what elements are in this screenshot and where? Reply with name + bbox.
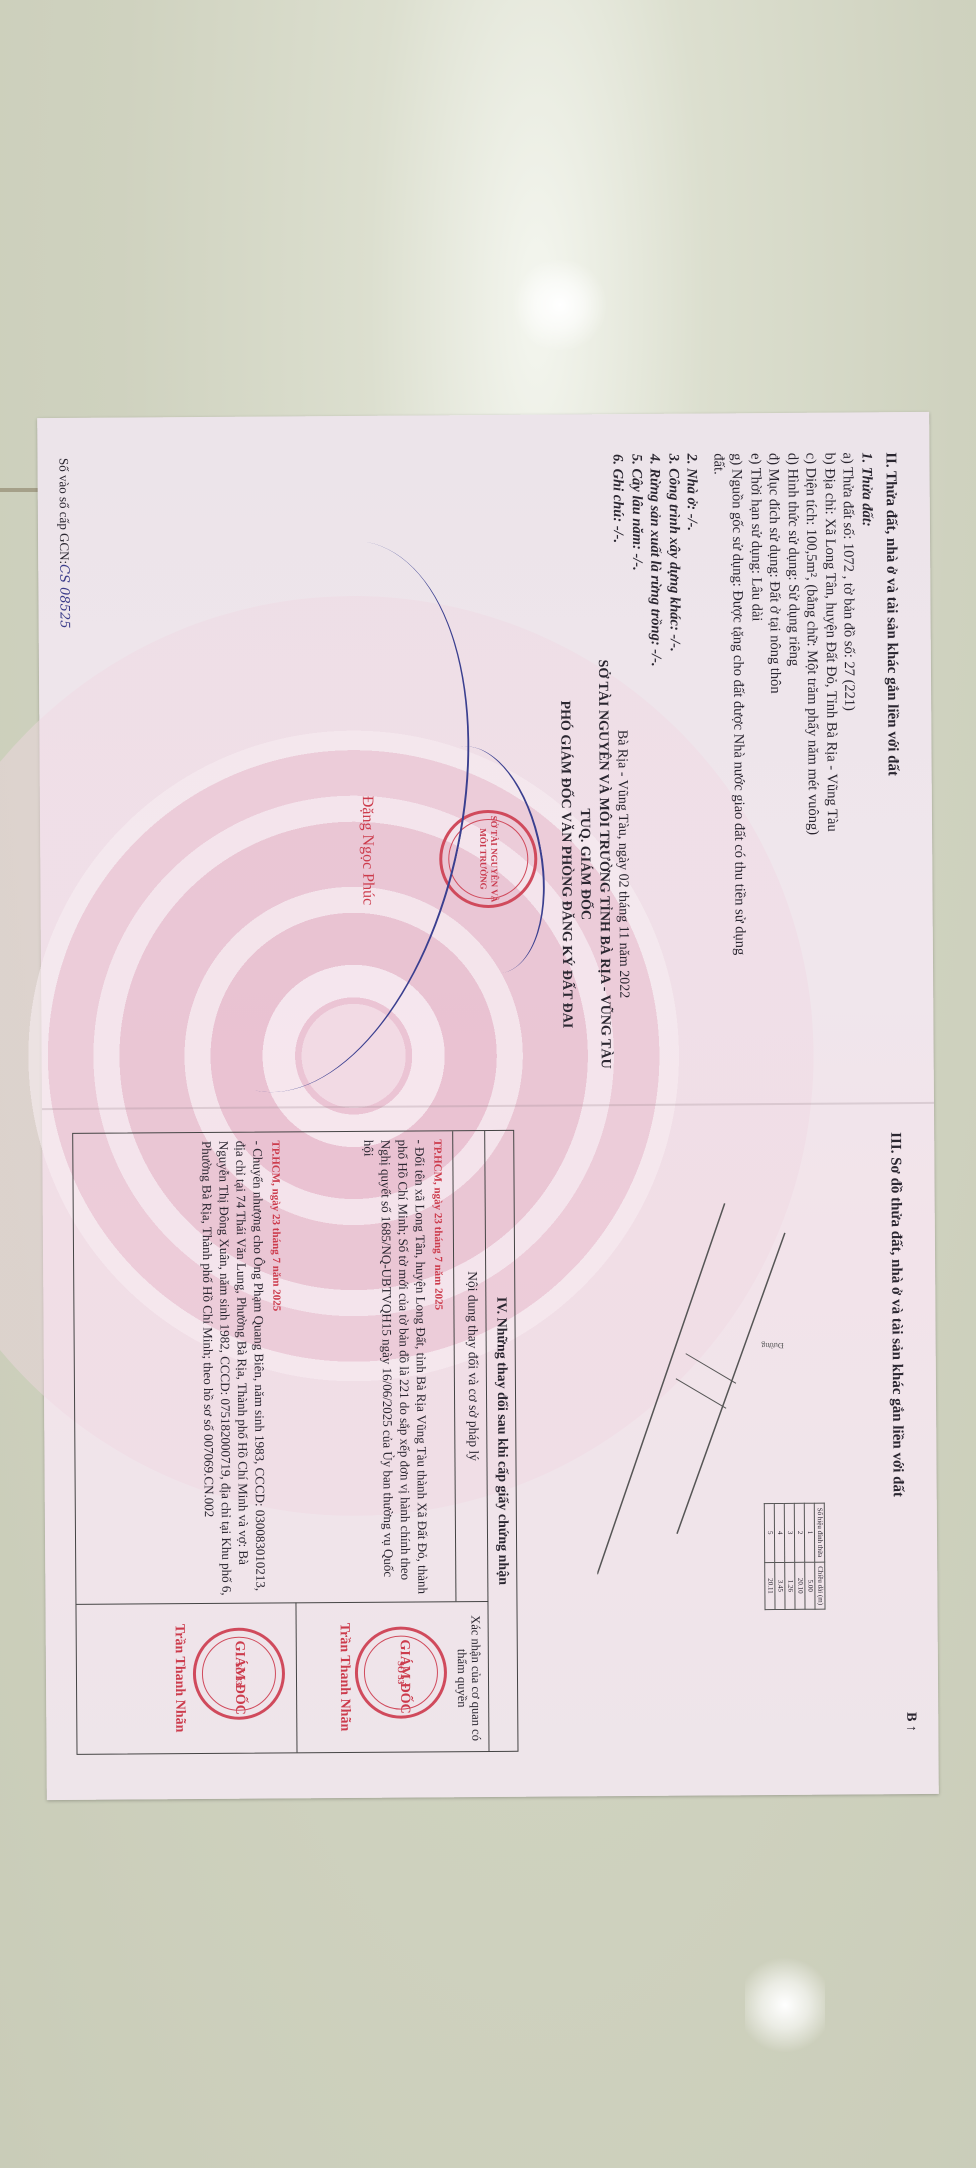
change-entry: TP.HCM, ngày 23 tháng 7 năm 2025 - Đổi t…: [360, 1139, 448, 1596]
changes-table: IV. Những thay đổi sau khi cấp giấy chứn…: [72, 1130, 518, 1755]
officer-title: GIÁM ĐỐC: [395, 1607, 412, 1747]
item-house: 2. Nhà ở: -/-.: [682, 453, 704, 955]
land-line: e) Thời hạn sử dụng: Lâu dài: [746, 453, 768, 955]
section-2-title: II. Thửa đất, nhà ở và tài sản khác gắn …: [880, 452, 901, 776]
registration-number: Số vào sổ cấp GCN:CS 08525: [55, 458, 72, 629]
col-confirmation-header: Xác nhận của cơ quan có thẩm quyền: [455, 1609, 484, 1747]
officer-title: GIÁM ĐỐC: [230, 1608, 247, 1748]
section-3-title: III. Sơ đồ thửa đất, nhà ở và tài sản kh…: [885, 1132, 907, 1497]
land-line: d) Hình thức sử dụng: Sử dụng riêng: [783, 453, 805, 955]
signer-name: Đặng Ngọc Phúc: [358, 796, 378, 905]
issuer-signature-block: Bà Rịa - Vũng Tàu, ngày 02 tháng 11 năm …: [555, 654, 634, 1075]
light-reflection: [510, 260, 610, 350]
svg-text:Đường: Đường: [761, 1341, 783, 1350]
change-entry: TP.HCM, ngày 23 tháng 7 năm 2025 - Chuyể…: [198, 1140, 286, 1597]
land-details: 1. Thửa đất: a) Thửa đất số: 1072 , tờ b…: [608, 452, 878, 956]
light-reflection: [745, 1950, 825, 2060]
land-line: b) Địa chỉ: Xã Long Tân, huyện Đất Đỏ, T…: [820, 453, 842, 955]
north-arrow-icon: B ↑: [902, 1712, 918, 1732]
col-changes-header: Nội dung thay đổi và cơ sở pháp lý: [463, 1131, 482, 1601]
boundary-length-table: Số hiệu đỉnh thửaChiều dài (m) 15.00 220…: [764, 1503, 826, 1611]
section-4-title: IV. Những thay đổi sau khi cấp giấy chứn…: [491, 1131, 511, 1751]
land-line: a) Thửa đất số: 1072 , tờ bản đồ số: 27 …: [838, 452, 860, 954]
signer-position: PHÓ GIÁM ĐỐC VĂN PHÒNG ĐĂNG KÝ ĐẤT ĐAI: [555, 654, 577, 1074]
issuing-agency: SỞ TÀI NGUYÊN VÀ MÔI TRƯỜNG TỈNH BÀ RỊA …: [593, 654, 615, 1074]
land-use-certificate: II. Thửa đất, nhà ở và tài sản khác gắn …: [37, 412, 939, 1800]
officer-name: Trần Thanh Nhãn: [335, 1607, 352, 1747]
place-date: Bà Rịa - Vũng Tàu, ngày 02 tháng 11 năm …: [612, 654, 634, 1074]
item-other-construction: 3. Công trình xây dựng khác: -/-.: [664, 454, 686, 956]
land-heading: 1. Thửa đất:: [857, 452, 879, 954]
certificate-page: II. Thửa đất, nhà ở và tài sản khác gắn …: [37, 412, 939, 1800]
officer-name: Trần Thanh Nhãn: [170, 1608, 187, 1748]
